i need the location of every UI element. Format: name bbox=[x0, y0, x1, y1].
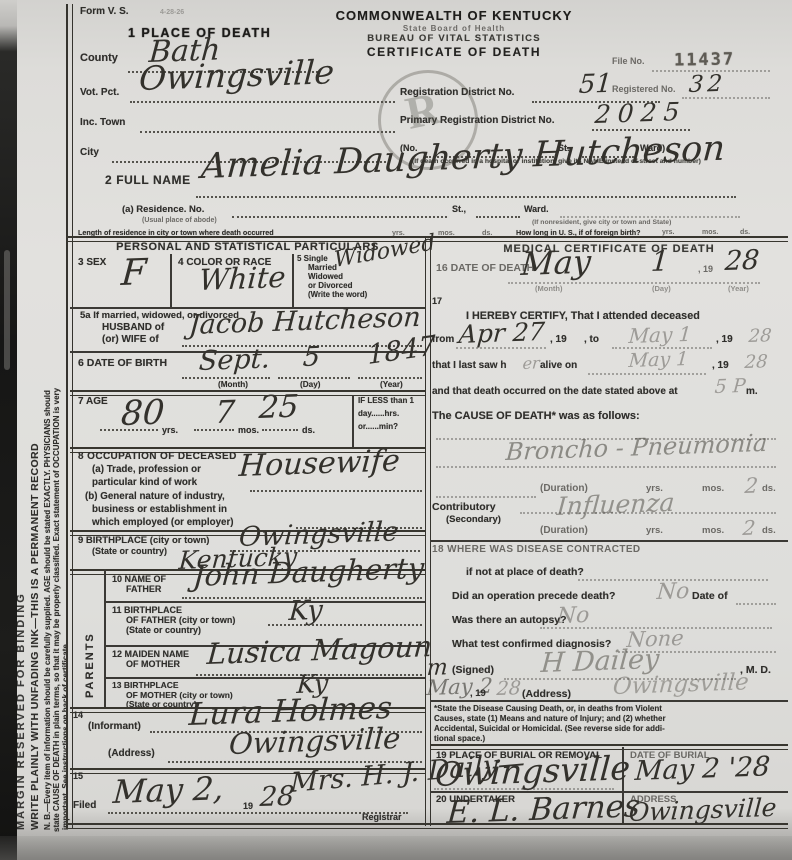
father-birthplace-label-2: OF FATHER (city or town) bbox=[126, 615, 235, 625]
occupation-a-line1: (a) Trade, profession or bbox=[92, 464, 201, 475]
voting-precinct-label: Vot. Pct. bbox=[80, 87, 119, 98]
place-of-burial-value: Owingsville bbox=[434, 751, 631, 791]
last-saw-text: that I last saw h bbox=[432, 360, 506, 371]
occupation-value: Housewife bbox=[238, 446, 401, 482]
informant-address-label: (Address) bbox=[108, 748, 155, 759]
age-years-value: 80 bbox=[120, 395, 166, 431]
age-mos-label: mos. bbox=[238, 425, 259, 435]
nonresident-note: (If nonresident, give city or town and S… bbox=[532, 219, 671, 226]
footnote-line2: Causes, state (1) Means and nature of In… bbox=[434, 714, 666, 723]
where-contracted-label: 18 WHERE WAS DISEASE CONTRACTED bbox=[432, 544, 641, 555]
row-divider-cause bbox=[430, 540, 788, 542]
contrib-duration-yrs: yrs. bbox=[646, 525, 663, 536]
parents-inner-divider bbox=[104, 569, 106, 707]
dob-dots-day bbox=[278, 377, 350, 379]
secondary-label: (Secondary) bbox=[446, 514, 501, 525]
last-saw-her: er bbox=[522, 355, 540, 372]
certify-from-label: from bbox=[432, 334, 454, 345]
primary-registration-value: 2025 bbox=[594, 99, 687, 127]
cause-duration-days-value: 2 bbox=[744, 475, 759, 497]
filed-date-value: May 2, bbox=[112, 772, 225, 808]
meridiem-label: m. bbox=[746, 386, 758, 397]
contributory-label: Contributory bbox=[432, 501, 496, 513]
ifless-line1: IF LESS than 1 bbox=[358, 396, 414, 405]
age-mos-dots bbox=[194, 429, 234, 431]
state-board-subtitle: State Board of Health bbox=[308, 24, 600, 33]
city-label: City bbox=[80, 147, 99, 158]
dob-day-caption: (Day) bbox=[300, 380, 320, 389]
birth-day-value: 5 bbox=[302, 343, 321, 371]
footnote-line1: *State the Disease Causing Death, or, in… bbox=[434, 704, 662, 713]
mother-birthplace-label-1: 13 BIRTHPLACE bbox=[112, 680, 179, 690]
contrib-duration-mos: mos. bbox=[702, 525, 724, 536]
certify-19c: , 19 bbox=[712, 360, 729, 371]
contributory-dots bbox=[520, 512, 776, 514]
file-no-label: File No. bbox=[612, 56, 645, 66]
father-birthplace-label-3: (State or country) bbox=[126, 625, 201, 635]
cause-of-death-heading: The CAUSE OF DEATH* was as follows: bbox=[432, 410, 640, 422]
us-yrs-label: yrs. bbox=[662, 229, 674, 236]
footnote-line4: tional space.) bbox=[434, 734, 485, 743]
operation-date-dots bbox=[736, 603, 776, 605]
occupation-b-line1: (b) General nature of industry, bbox=[85, 491, 225, 502]
commonwealth-header-block: COMMONWEALTH OF KENTUCKY State Board of … bbox=[308, 8, 600, 59]
registered-no-value: 32 bbox=[688, 73, 727, 97]
date-of-burial-value: May 2 '28 bbox=[634, 753, 771, 785]
signature-address-value: Owingsville bbox=[612, 671, 749, 699]
husband-of-label: HUSBAND of bbox=[102, 322, 164, 333]
last-saw-value: May 1 bbox=[628, 350, 689, 371]
date-of-death-label: 16 DATE OF DEATH bbox=[436, 262, 534, 274]
age-label: 7 AGE bbox=[78, 396, 108, 407]
undertaker-address-value: Owingsville bbox=[628, 795, 777, 825]
contrib-duration-label: (Duration) bbox=[540, 525, 588, 536]
undertaker-value: E. L. Barnes bbox=[446, 791, 641, 829]
wife-of-label: (or) WIFE of bbox=[102, 334, 159, 345]
occupation-b-line2: business or establishment in bbox=[92, 504, 227, 515]
voting-precinct-value: Owingsville bbox=[138, 55, 335, 95]
certify-to-value: May 1 bbox=[628, 324, 692, 346]
dod-year-caption: (Year) bbox=[728, 284, 749, 293]
occupation-b-line3: which employed (or employer) bbox=[92, 517, 234, 528]
marital-option-widowed: Widowed bbox=[308, 272, 343, 281]
cause-blank-line-2 bbox=[436, 466, 776, 468]
age-months-value: 7 bbox=[214, 397, 236, 429]
footnote-line3: Accidental, Suicidal or Homicidal. (See … bbox=[434, 724, 665, 733]
full-name-label: 2 FULL NAME bbox=[105, 173, 191, 187]
residence-street-dots bbox=[476, 216, 520, 218]
abode-note: (Usual place of abode) bbox=[142, 217, 217, 224]
death-certificate-scan: MARGIN RESERVED FOR BINDING WRITE PLAINL… bbox=[0, 0, 792, 860]
county-label: County bbox=[80, 52, 118, 64]
residence-ward-dots bbox=[560, 216, 740, 218]
dod-day-caption: (Day) bbox=[652, 284, 671, 293]
full-name-dotted-line bbox=[196, 196, 736, 198]
age-days-value: 25 bbox=[258, 392, 300, 424]
certify-to-year: 28 bbox=[748, 327, 772, 346]
registrar-label: Registrar bbox=[362, 812, 402, 822]
birthplace-label: 9 BIRTHPLACE (city or town) bbox=[78, 535, 209, 546]
birthplace-state-label: (State or country) bbox=[92, 546, 167, 556]
last-saw-year: 28 bbox=[744, 353, 768, 372]
father-name-value: John Daugherty bbox=[192, 554, 425, 591]
informant-address-value: Owingsville bbox=[228, 724, 401, 759]
residence-street-label: St., bbox=[452, 204, 466, 214]
death-19-printed: , 19 bbox=[698, 264, 713, 274]
father-birthplace-label-1: 11 BIRTHPLACE bbox=[112, 605, 182, 615]
commonwealth-title: COMMONWEALTH OF KENTUCKY bbox=[308, 8, 600, 23]
date-of-birth-label: 6 DATE OF BIRTH bbox=[78, 357, 167, 369]
mother-maiden-label-2: OF MOTHER bbox=[126, 659, 180, 669]
signature-year: 28 bbox=[496, 679, 522, 699]
death-day-value: 1 bbox=[650, 247, 670, 276]
form-left-border bbox=[66, 4, 73, 828]
column-divider bbox=[425, 236, 431, 826]
filed-label: Filed bbox=[73, 800, 96, 811]
certify-19a: , 19 bbox=[550, 334, 567, 345]
cause-duration-dots bbox=[436, 496, 536, 498]
birth-month-value: Sept. bbox=[198, 345, 271, 375]
residence-label: (a) Residence. No. bbox=[122, 204, 204, 215]
if-not-place-label: if not at place of death? bbox=[466, 566, 584, 578]
residence-dotted-line bbox=[232, 216, 447, 218]
voting-precinct-dotted-line bbox=[130, 101, 395, 103]
dod-month-caption: (Month) bbox=[535, 284, 562, 293]
operation-value: No bbox=[656, 581, 690, 604]
full-name-value: Amelia Daugherty Hutcheson bbox=[200, 132, 726, 185]
binding-strip-highlight bbox=[4, 250, 10, 370]
dob-month-caption: (Month) bbox=[218, 380, 248, 389]
row-divider-signed bbox=[430, 700, 788, 702]
form-number-label: Form V. S. bbox=[80, 6, 129, 17]
mother-maiden-value: Lusica Magoun bbox=[206, 632, 433, 669]
marital-write-word-note: (Write the word) bbox=[308, 290, 367, 299]
file-no-stamped-value: 11437 bbox=[674, 49, 736, 70]
marital-option-single: 5 Single bbox=[297, 254, 328, 263]
death-occurred-text: and that death occurred on the date stat… bbox=[432, 386, 678, 397]
age-ds-dots bbox=[262, 429, 298, 431]
margin-stamp-text: MARGIN RESERVED FOR BINDING bbox=[15, 380, 29, 830]
contributory-value: Influenza bbox=[556, 490, 675, 519]
paper-bottom-edge bbox=[0, 836, 792, 860]
age-ds-label: ds. bbox=[302, 425, 315, 435]
signature-19-printed: , 19 bbox=[470, 688, 486, 699]
father-birthplace-dots bbox=[268, 624, 422, 626]
autopsy-label: Was there an autopsy? bbox=[452, 614, 567, 626]
row-divider-father bbox=[104, 601, 425, 603]
father-name-label-2: FATHER bbox=[126, 584, 161, 594]
marital-option-married: Married bbox=[308, 263, 337, 272]
age-ifless-divider bbox=[352, 395, 354, 447]
certificate-title: CERTIFICATE OF DEATH bbox=[308, 45, 600, 59]
operation-date-label: Date of bbox=[692, 590, 728, 602]
item15-number: 15 bbox=[73, 771, 83, 781]
item17-number: 17 bbox=[432, 296, 442, 306]
signature-address-label: (Address) bbox=[522, 688, 571, 700]
dob-dots-year bbox=[358, 377, 422, 379]
autopsy-value: No bbox=[556, 605, 590, 628]
dob-year-caption: (Year) bbox=[380, 380, 403, 389]
form-revision-note: 4-28-26 bbox=[160, 9, 184, 16]
us-mos-label: mos. bbox=[702, 229, 718, 236]
informant-label: (Informant) bbox=[88, 721, 141, 732]
contrib-duration-ds: ds. bbox=[762, 525, 776, 536]
father-birthplace-value: Ky bbox=[288, 597, 324, 625]
marital-option-divorced: or Divorced bbox=[308, 281, 352, 290]
occupation-a-line2: particular kind of work bbox=[92, 477, 197, 488]
certify-from-value: Apr 27 bbox=[458, 319, 545, 347]
last-saw-dots bbox=[588, 373, 706, 375]
residence-ward-label: Ward. bbox=[524, 204, 549, 214]
death-hour-value: 5 P bbox=[714, 377, 746, 397]
cause-duration-mos: mos. bbox=[702, 483, 724, 494]
bureau-subtitle: BUREAU OF VITAL STATISTICS bbox=[308, 33, 600, 44]
write-plainly-text: WRITE PLAINLY WITH UNFADING INK—THIS IS … bbox=[29, 160, 42, 830]
mother-maiden-label-1: 12 MAIDEN NAME bbox=[112, 649, 189, 659]
spouse-name-value: Jacob Hutcheson bbox=[188, 304, 422, 339]
dob-dots-month bbox=[182, 377, 270, 379]
ifless-line2: day......hrs. bbox=[358, 409, 399, 418]
ifless-line3: or......min? bbox=[358, 422, 398, 431]
death-month-value: May bbox=[520, 245, 592, 280]
sex-race-divider bbox=[170, 254, 172, 307]
sex-label: 3 SEX bbox=[78, 257, 106, 268]
registration-district-value: 51 bbox=[578, 71, 613, 98]
age-yrs-label: yrs. bbox=[162, 425, 178, 435]
parents-vertical-label: PARENTS bbox=[84, 598, 98, 698]
race-marital-divider bbox=[292, 254, 294, 307]
age-yrs-dots bbox=[100, 429, 158, 431]
sex-value: F bbox=[120, 255, 147, 292]
certify-to-label: , to bbox=[584, 334, 599, 345]
alive-on-text: alive on bbox=[540, 360, 577, 371]
race-value: White bbox=[198, 263, 287, 295]
filed-19-printed: 19 bbox=[243, 801, 253, 811]
contrib-duration-days-value: 2 bbox=[742, 517, 756, 538]
cause-duration-ds: ds. bbox=[762, 483, 776, 494]
occupation-label: 8 OCCUPATION OF DECEASED bbox=[78, 451, 237, 462]
item14-number: 14 bbox=[73, 710, 83, 720]
certify-from-dots bbox=[456, 347, 546, 349]
father-name-label-1: 10 NAME OF bbox=[112, 574, 166, 584]
us-ds-label: ds. bbox=[740, 229, 750, 236]
certify-19b: , 19 bbox=[716, 334, 733, 345]
cause-of-death-value: Broncho - Pneumonia bbox=[505, 431, 768, 464]
row-divider-mother bbox=[104, 677, 425, 679]
registered-no-label: Registered No. bbox=[612, 84, 676, 94]
occupation-dotted-line bbox=[250, 490, 422, 492]
death-year-value: 28 bbox=[724, 247, 760, 275]
inc-town-dotted-line bbox=[140, 131, 395, 133]
inc-town-label: Inc. Town bbox=[80, 117, 125, 128]
operation-label: Did an operation precede death? bbox=[452, 590, 615, 602]
